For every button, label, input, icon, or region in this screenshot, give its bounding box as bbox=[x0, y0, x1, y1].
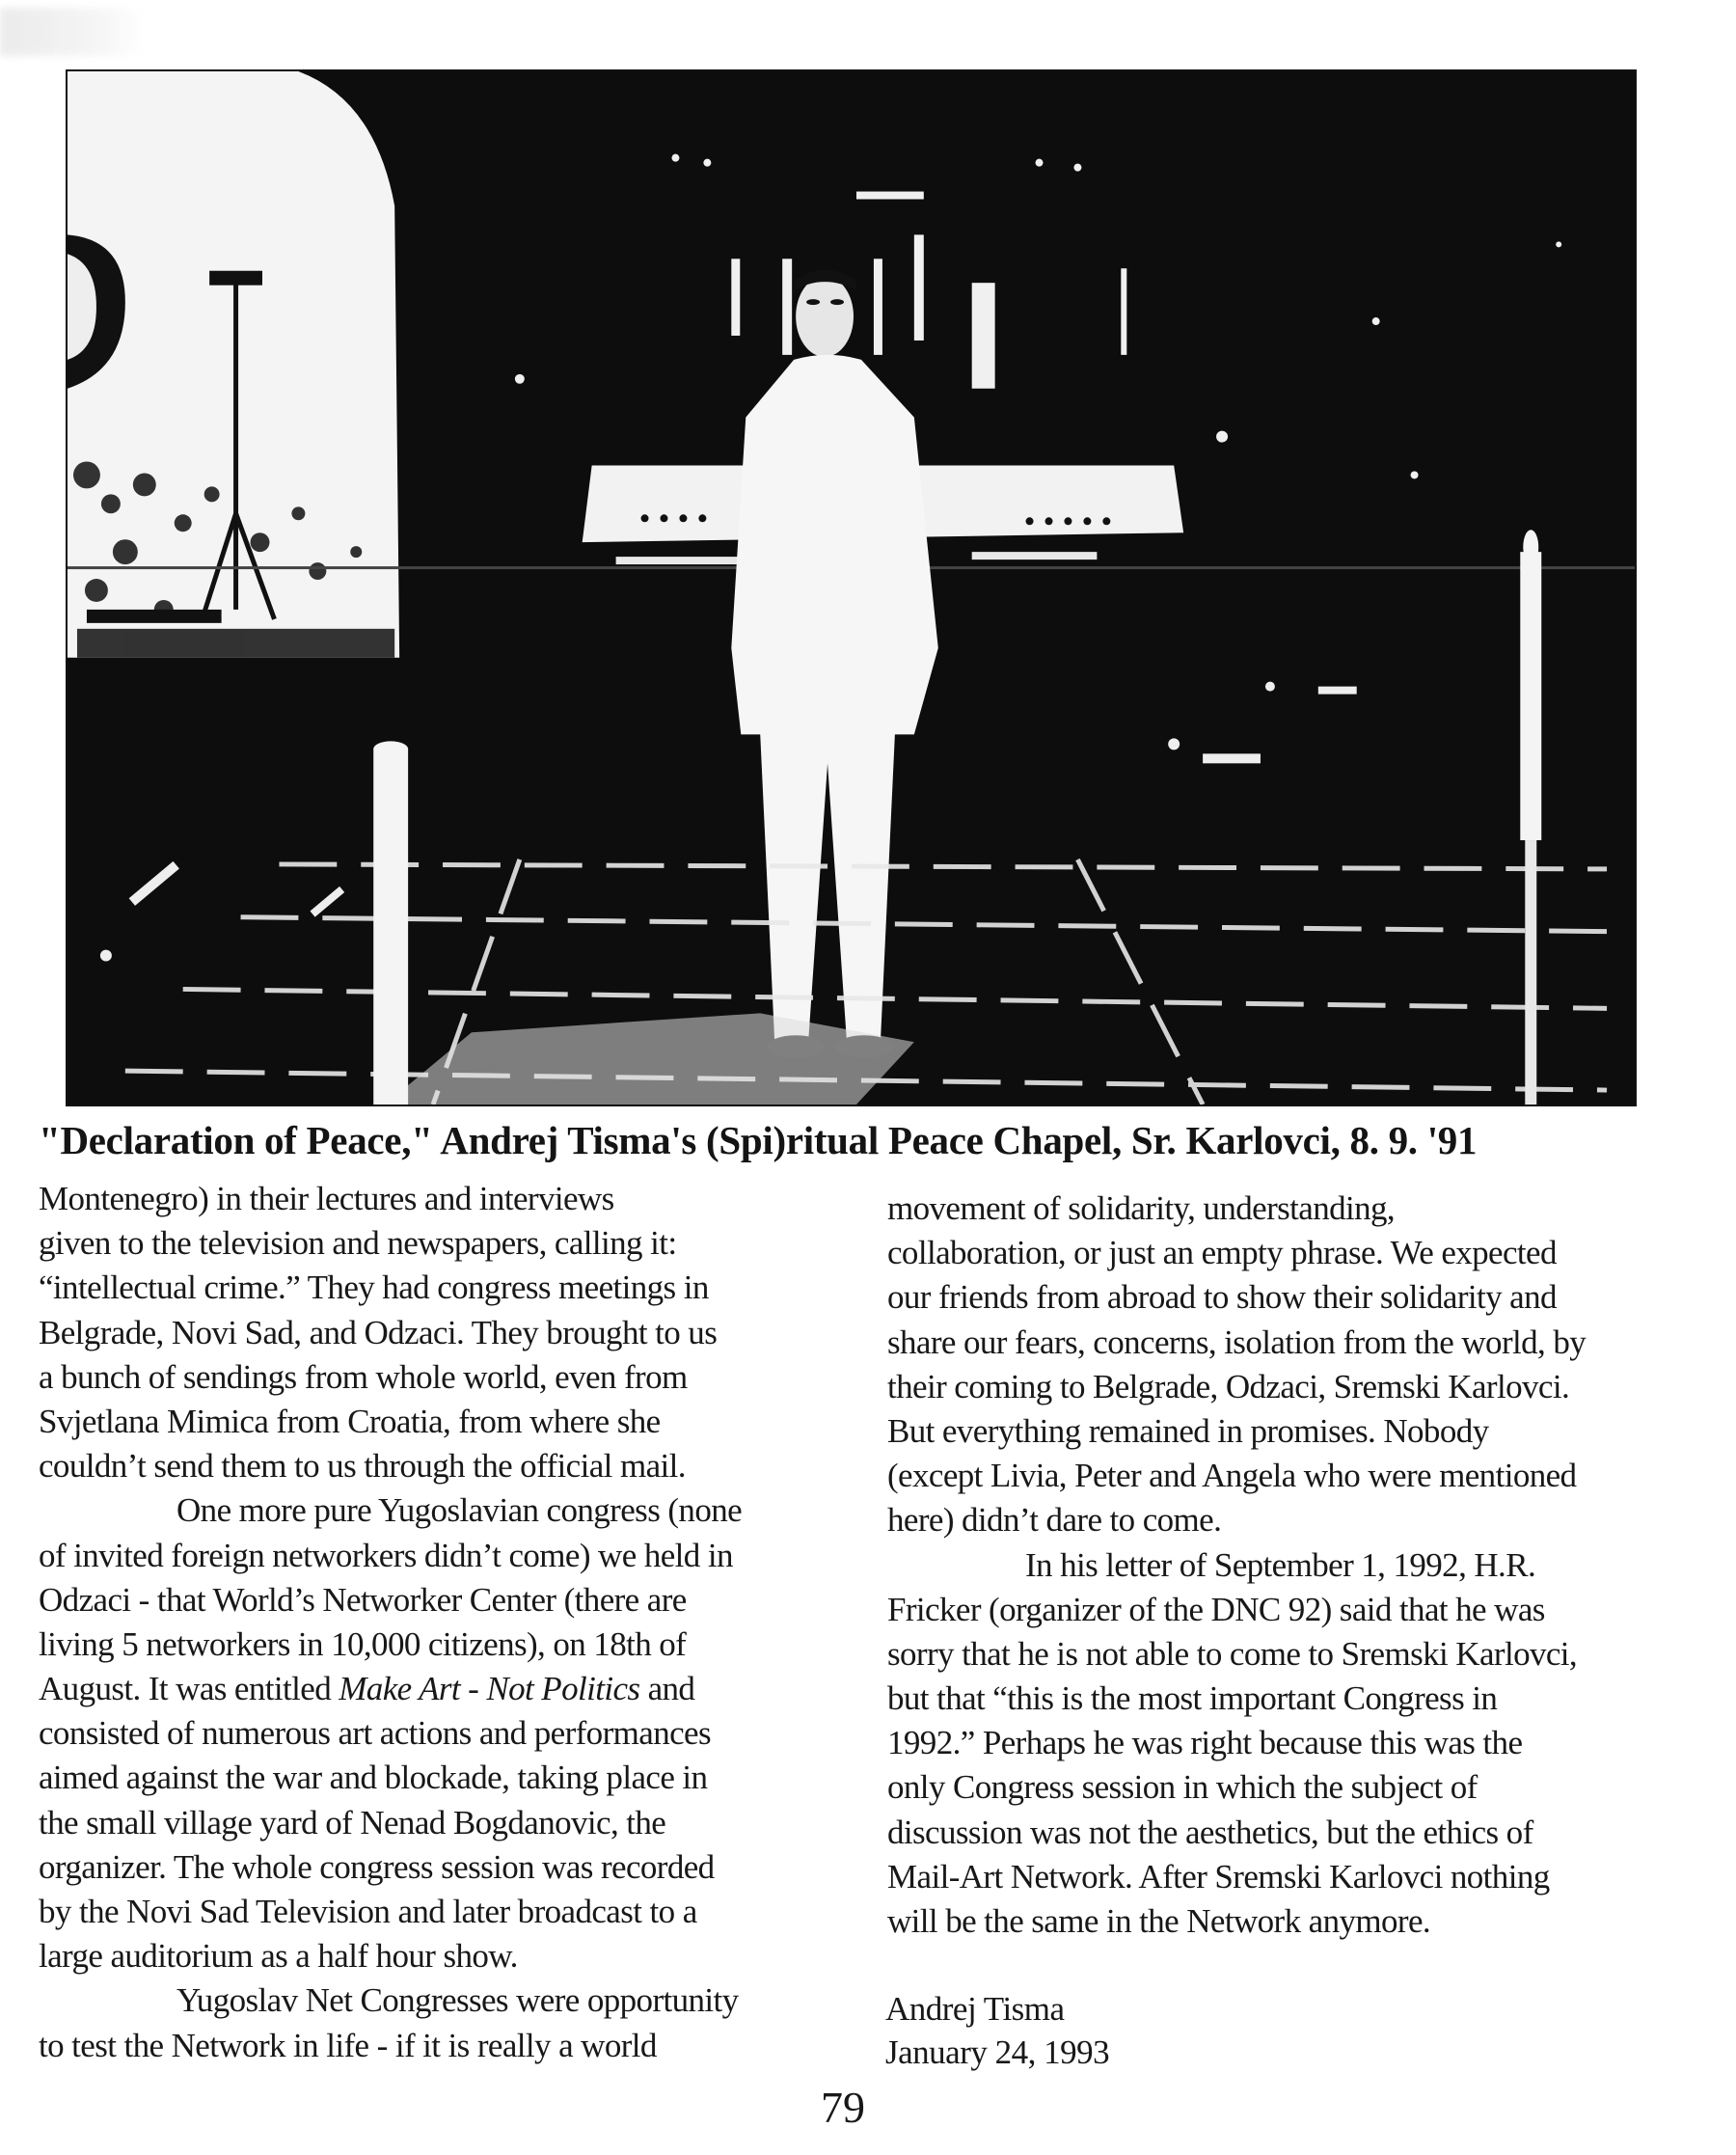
scan-smudge bbox=[0, 8, 145, 56]
text-fragment: August. It was entitled bbox=[39, 1670, 339, 1707]
text-line: Montenegro) in their lectures and interv… bbox=[39, 1177, 839, 1221]
text-line: their coming to Belgrade, Odzaci, Sremsk… bbox=[887, 1365, 1697, 1409]
text-line: But everything remained in promises. Nob… bbox=[887, 1409, 1697, 1454]
text-line: but that “this is the most important Con… bbox=[887, 1677, 1697, 1721]
signature-block: Andrej Tisma January 24, 1993 bbox=[885, 1987, 1109, 2074]
photo-illustration bbox=[68, 71, 1635, 1105]
left-column: Montenegro) in their lectures and interv… bbox=[39, 1177, 839, 2068]
text-line-with-title: August. It was entitled Make Art - Not P… bbox=[39, 1667, 839, 1711]
text-line: couldn’t send them to us through the off… bbox=[39, 1444, 839, 1488]
text-line: discussion was not the aesthetics, but t… bbox=[887, 1811, 1697, 1855]
text-line: Belgrade, Novi Sad, and Odzaci. They bro… bbox=[39, 1311, 839, 1355]
photo-caption: "Declaration of Peace," Andrej Tisma's (… bbox=[39, 1117, 1678, 1163]
paragraph-start-line: One more pure Yugoslavian congress (none bbox=[39, 1488, 839, 1533]
text-line: share our fears, concerns, isolation fro… bbox=[887, 1321, 1697, 1365]
chapel-photograph bbox=[66, 69, 1637, 1106]
text-line: to test the Network in life - if it is r… bbox=[39, 2024, 839, 2068]
right-candle bbox=[1520, 552, 1541, 840]
text-line: the small village yard of Nenad Bogdanov… bbox=[39, 1801, 839, 1845]
text-line: organizer. The whole congress session wa… bbox=[39, 1845, 839, 1890]
text-line: Mail-Art Network. After Sremski Karlovci… bbox=[887, 1855, 1697, 1899]
text-line: by the Novi Sad Television and later bro… bbox=[39, 1890, 839, 1934]
text-line: “intellectual crime.” They had congress … bbox=[39, 1266, 839, 1310]
text-line: aimed against the war and blockade, taki… bbox=[39, 1756, 839, 1800]
text-line: of invited foreign networkers didn’t com… bbox=[39, 1534, 839, 1578]
signature-date: January 24, 1993 bbox=[885, 2031, 1109, 2074]
text-line: sorry that he is not able to come to Sre… bbox=[887, 1632, 1697, 1677]
text-fragment: and bbox=[639, 1670, 694, 1707]
text-line: our friends from abroad to show their so… bbox=[887, 1275, 1697, 1320]
left-candle bbox=[373, 749, 408, 1105]
paragraph-start-line: Yugoslav Net Congresses were opportunity bbox=[39, 1978, 839, 2023]
text-line: Odzaci - that World’s Networker Center (… bbox=[39, 1578, 839, 1623]
text-line: consisted of numerous art actions and pe… bbox=[39, 1711, 839, 1756]
text-line: (except Livia, Peter and Angela who were… bbox=[887, 1454, 1697, 1498]
text-line: will be the same in the Network anymore. bbox=[887, 1899, 1697, 1944]
text-line: a bunch of sendings from whole world, ev… bbox=[39, 1355, 839, 1400]
text-line: collaboration, or just an empty phrase. … bbox=[887, 1231, 1697, 1275]
text-line: Fricker (organizer of the DNC 92) said t… bbox=[887, 1588, 1697, 1632]
paragraph-start-line: In his letter of September 1, 1992, H.R. bbox=[887, 1543, 1697, 1588]
text-line: living 5 networkers in 10,000 citizens),… bbox=[39, 1623, 839, 1667]
event-title: Make Art - Not Politics bbox=[339, 1670, 639, 1707]
page-number: 79 bbox=[821, 2084, 865, 2132]
text-line: here) didn’t dare to come. bbox=[887, 1498, 1697, 1542]
text-line: given to the television and newspapers, … bbox=[39, 1221, 839, 1266]
text-line: 1992.” Perhaps he was right because this… bbox=[887, 1721, 1697, 1765]
text-line: only Congress session in which the subje… bbox=[887, 1765, 1697, 1810]
text-line: movement of solidarity, understanding, bbox=[887, 1187, 1697, 1231]
text-line: large auditorium as a half hour show. bbox=[39, 1934, 839, 1978]
right-column: movement of solidarity, understanding, c… bbox=[887, 1187, 1697, 1944]
text-line: Svjetlana Mimica from Croatia, from wher… bbox=[39, 1400, 839, 1444]
author-name: Andrej Tisma bbox=[885, 1987, 1109, 2031]
